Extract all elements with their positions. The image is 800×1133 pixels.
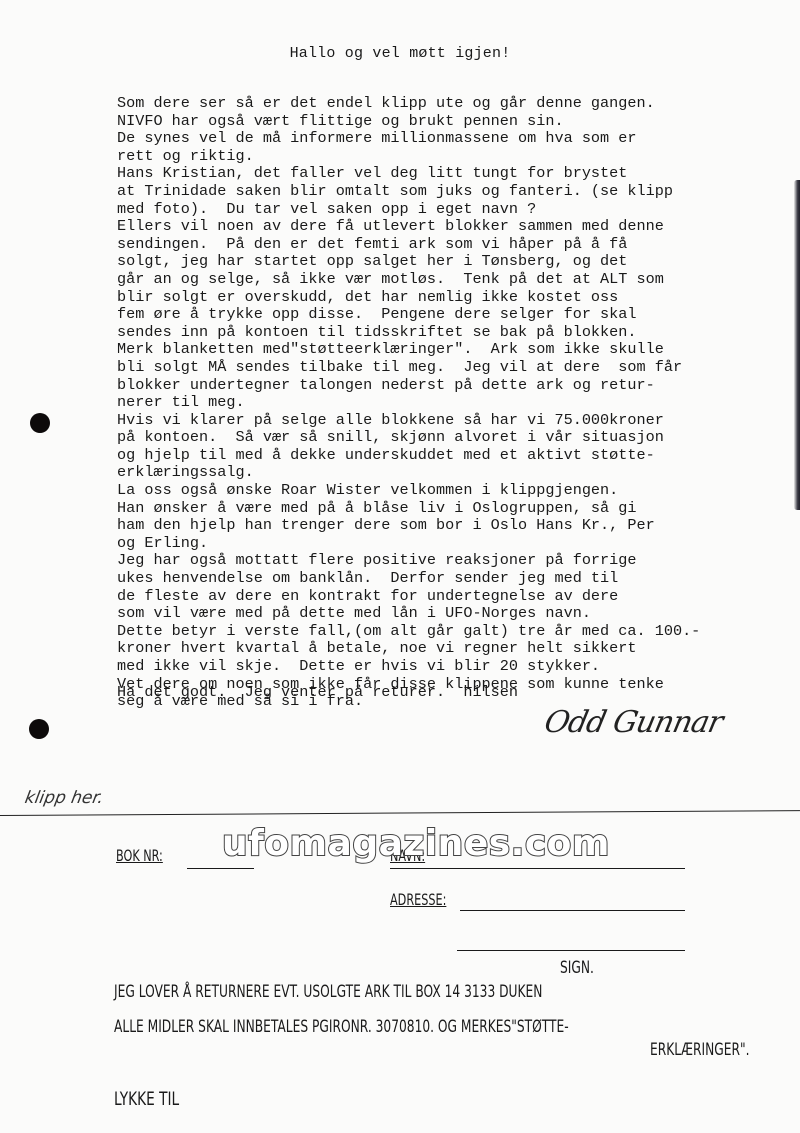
letter-body: Som dere ser så er det endel klipp ute o…: [117, 95, 797, 711]
address-label: ADRESSE:: [390, 890, 446, 909]
payment-instructions: ALLE MIDLER SKAL INNBETALES PGIRONR. 307…: [114, 1017, 569, 1037]
letter-title: Hallo og vel møtt igjen!: [0, 45, 800, 62]
signature-field[interactable]: [457, 950, 685, 951]
punch-hole-lower: [29, 719, 49, 739]
letter-closing: Ha det godt. Jeg venter på returer. hils…: [117, 683, 518, 701]
name-field[interactable]: [390, 868, 685, 869]
address-field[interactable]: [460, 910, 685, 911]
cut-line: [0, 810, 800, 816]
book-number-label: BOK NR:: [116, 846, 163, 865]
cut-here-note: klipp her.: [23, 788, 105, 808]
sign-label: SIGN.: [560, 958, 594, 978]
good-luck: LYKKE TIL: [114, 1088, 179, 1110]
handwritten-signature: Odd Gunnar: [541, 705, 725, 740]
watermark: ufomagazines.com: [222, 823, 610, 864]
punch-hole-upper: [30, 413, 50, 433]
book-number-field[interactable]: [187, 868, 254, 869]
payment-instructions-cont: ERKLÆRINGER".: [650, 1040, 750, 1060]
return-promise: JEG LOVER Å RETURNERE EVT. USOLGTE ARK T…: [114, 982, 542, 1002]
